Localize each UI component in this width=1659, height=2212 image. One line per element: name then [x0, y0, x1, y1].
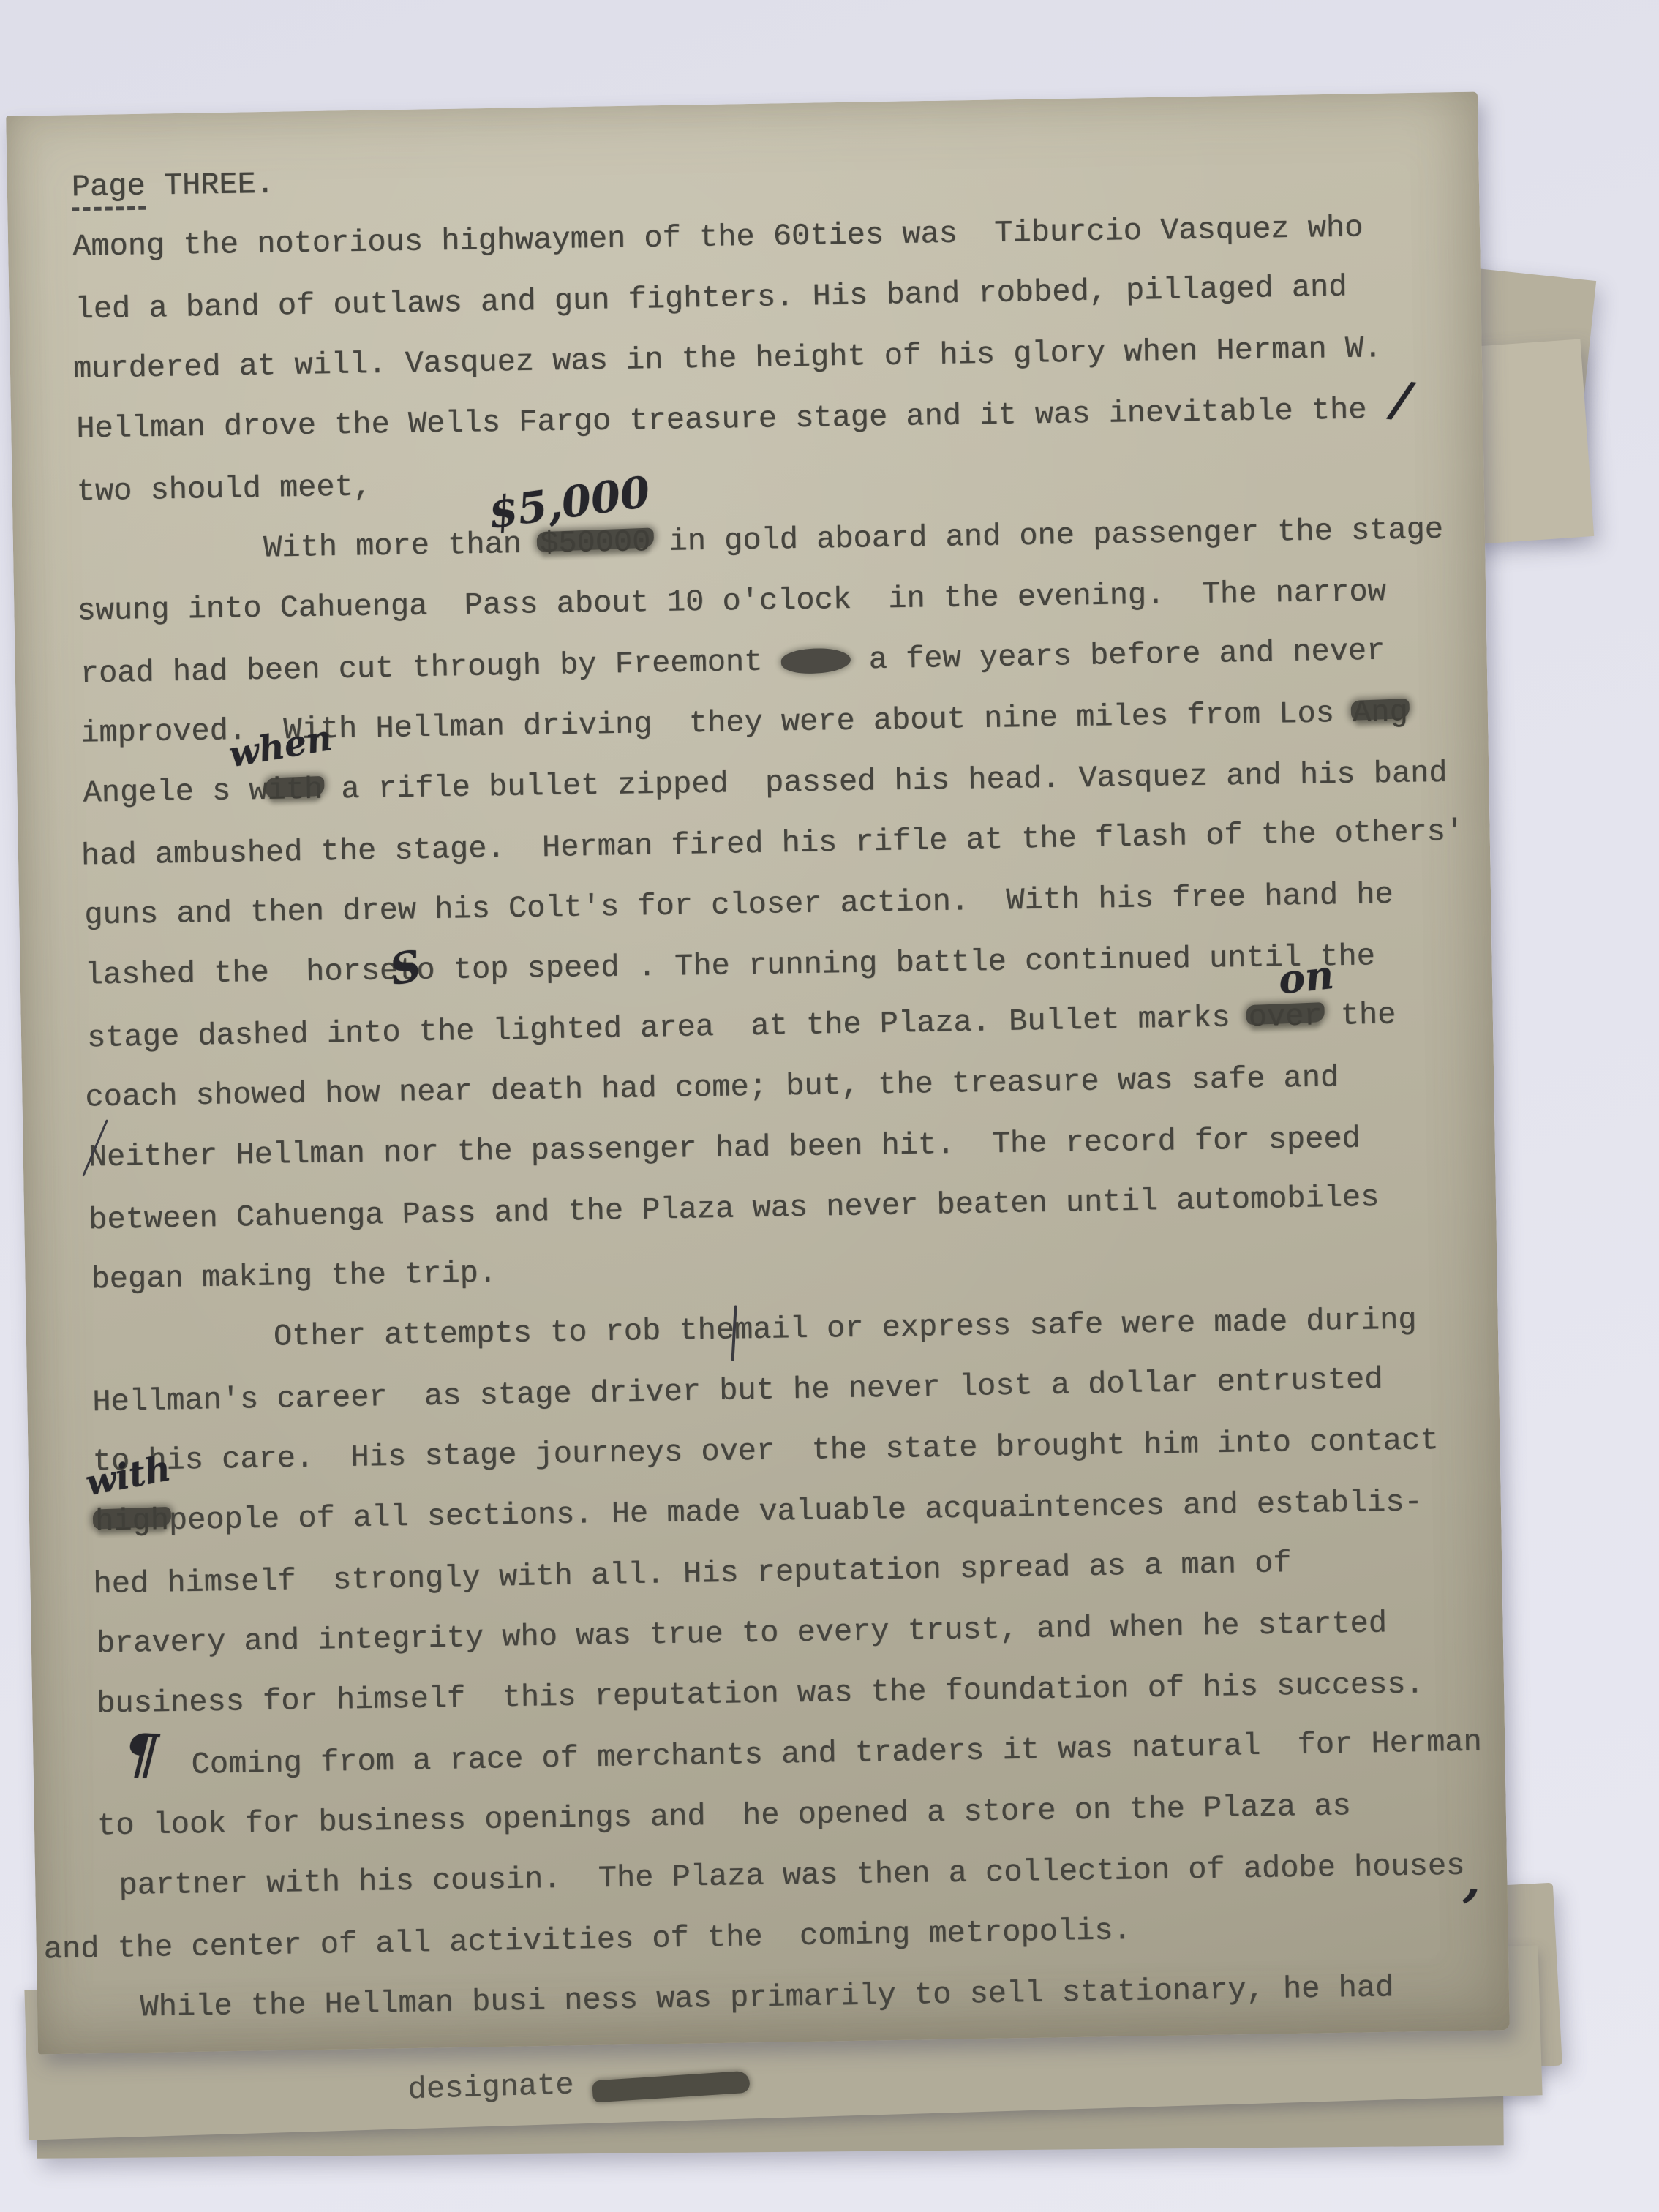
typed-text: hed himself strongly with all. His reput… [93, 1546, 1292, 1602]
typed-text: between Cahuenga Pass and the Plaza was … [89, 1180, 1380, 1238]
typed-content: Page THREE. Among the notorious highwaym… [71, 135, 1493, 2039]
handwritten-annotation: on [1276, 944, 1337, 1010]
typed-text: began making the trip. [91, 1256, 497, 1298]
typed-text: With more than [79, 527, 541, 569]
ink-strike-bar [266, 776, 325, 798]
ink-strikeout-smear [592, 2071, 750, 2103]
page-title-underlined-word: Page [71, 169, 146, 211]
typed-text: partner with his cousin. The Plaza was t… [100, 1848, 1465, 1904]
ink-strike-bar [1350, 699, 1410, 721]
under-page-text-fragment: designate [407, 2062, 750, 2107]
typed-text: to top speed . The running battle contin… [398, 938, 1375, 988]
typed-text: in gold aboard and one passenger the sta… [650, 512, 1443, 560]
typed-text: had ambushed the stage. Herman fired his… [81, 814, 1464, 874]
typed-text: Coming from a race of merchants and trad… [99, 1725, 1482, 1785]
photo-background: designate Page THREE. Among the notoriou… [0, 0, 1659, 2212]
typed-text: Hellman drove the Wells Fargo treasure s… [76, 392, 1367, 446]
typed-text: swung into Cahuenga Pass about 10 o'cloc… [77, 574, 1386, 629]
typed-text: business for himself this reputation was… [97, 1667, 1424, 1722]
typed-text: to look for business openings and he ope… [97, 1788, 1351, 1843]
typed-text: coach showed how near death had come; bu… [85, 1060, 1339, 1115]
typed-text: road had been cut through by Freemont [80, 644, 780, 691]
strikethrough-text: Ang [1352, 682, 1408, 744]
typed-text: a few years before and never [850, 633, 1385, 678]
typed-text: Other attempts to rob the [89, 1312, 735, 1357]
typed-text: people of all sections. He made valuable… [169, 1485, 1423, 1538]
typed-text: Among the notorious highwaymen of the 60… [72, 211, 1363, 265]
typed-text: designate [407, 2067, 592, 2107]
typed-text: murdered at will. Vasquez was in the hei… [73, 331, 1382, 386]
page-title-rest: THREE. [145, 167, 274, 204]
typed-text: bravery and integrity who was true to ev… [96, 1606, 1387, 1661]
typed-text: and the center of all activities of the … [43, 1913, 1132, 1967]
typed-text: to his care. His stage journeys over the… [92, 1423, 1438, 1479]
typed-text: While the Hellman busi ness was primaril… [103, 1970, 1394, 2025]
typed-text: two should meet, [76, 469, 372, 509]
handwritten-annotation: ¶ [122, 1723, 159, 1786]
typed-text: stage dashed into the lighted area at th… [87, 1000, 1249, 1056]
slashed-letter: N [88, 1127, 107, 1188]
handwritten-annotation: S [385, 936, 426, 1001]
typed-text: lashed the horse [84, 953, 398, 993]
typed-lines: Among the notorious highwaymen of the 60… [72, 195, 1493, 2039]
typed-text: Hellman's career as stage driver but he … [92, 1362, 1383, 1420]
typed-text: led a band of outlaws and gun fighters. … [75, 270, 1347, 328]
typed-text: either Hellman nor the passenger had bee… [107, 1121, 1361, 1175]
manuscript-page: Page THREE. Among the notorious highwaym… [6, 92, 1510, 2055]
typed-text: mail or express safe were made during [734, 1303, 1417, 1348]
typed-text: a rifle bullet zipped passed his head. V… [323, 756, 1448, 808]
ink-blot [780, 647, 851, 675]
typed-text: guns and then drew his Colt's for closer… [84, 877, 1393, 933]
